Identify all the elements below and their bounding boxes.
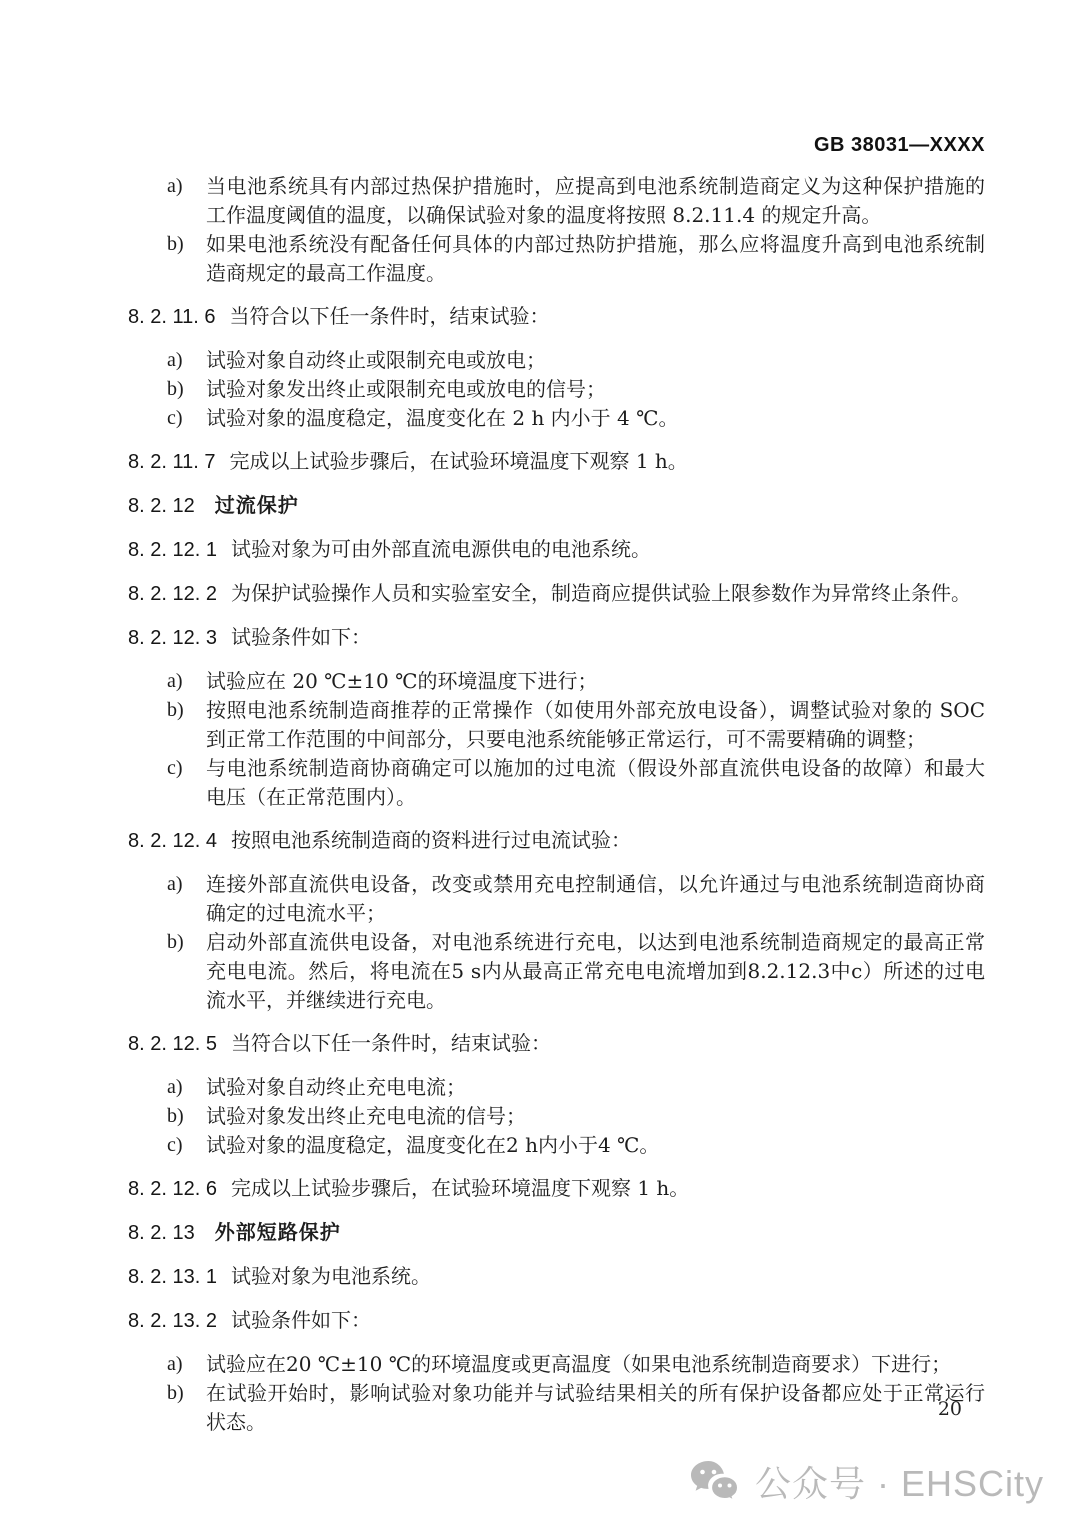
list-item: b)在试验开始时，影响试验对象功能并与试验结果相关的所有保护设备都应处于正常运行… bbox=[128, 1379, 985, 1437]
list-item-text: 试验对象发出终止或限制充电或放电的信号； bbox=[206, 377, 606, 401]
clause-number: 8. 2. 11. 7 bbox=[128, 451, 215, 473]
list-item-text: 当电池系统具有内部过热保护措施时，应提高到电池系统制造商定义为这种保护措施的工作… bbox=[206, 174, 985, 227]
clause-text: 当符合以下任一条件时，结束试验： bbox=[231, 1031, 551, 1055]
list-item: a)连接外部直流供电设备，改变或禁用充电控制通信，以允许通过与电池系统制造商协商… bbox=[128, 870, 985, 928]
list-item: b)试验对象发出终止或限制充电或放电的信号； bbox=[128, 375, 985, 404]
clause-list: a)试验应在20 ℃±10 ℃的环境温度或更高温度（如果电池系统制造商要求）下进… bbox=[128, 1350, 985, 1437]
list-item: a)试验应在20 ℃±10 ℃的环境温度或更高温度（如果电池系统制造商要求）下进… bbox=[128, 1350, 985, 1379]
clause-text: 当符合以下任一条件时，结束试验： bbox=[229, 304, 549, 328]
clause-8-2-11-7: 8. 2. 11. 7完成以上试验步骤后，在试验环境温度下观察 1 h。 bbox=[128, 447, 985, 477]
list-item-text: 启动外部直流供电设备，对电池系统进行充电，以达到电池系统制造商规定的最高正常充电… bbox=[206, 930, 985, 1012]
clause-number: 8. 2. 12. 3 bbox=[128, 627, 217, 649]
clause-list: a)试验对象自动终止充电电流； b)试验对象发出终止充电电流的信号； c)试验对… bbox=[128, 1073, 985, 1160]
clause-8-2-12-4: 8. 2. 12. 4按照电池系统制造商的资料进行过电流试验： bbox=[128, 826, 985, 856]
clause-8-2-12-2: 8. 2. 12. 2为保护试验操作人员和实验室安全，制造商应提供试验上限参数作… bbox=[128, 579, 985, 609]
clause-text: 试验对象为可由外部直流电源供电的电池系统。 bbox=[231, 537, 651, 561]
clause-text: 完成以上试验步骤后，在试验环境温度下观察 1 h。 bbox=[231, 1176, 689, 1200]
list-item: a)试验对象自动终止充电电流； bbox=[128, 1073, 985, 1102]
clause-list: a)连接外部直流供电设备，改变或禁用充电控制通信，以允许通过与电池系统制造商协商… bbox=[128, 870, 985, 1015]
list-item-text: 试验应在20 ℃±10 ℃的环境温度或更高温度（如果电池系统制造商要求）下进行； bbox=[206, 1352, 951, 1376]
list-item: a)试验应在 20 ℃±10 ℃的环境温度下进行； bbox=[128, 667, 985, 696]
list-marker: b) bbox=[167, 696, 184, 725]
list-marker: a) bbox=[167, 1073, 183, 1102]
list-item: b)如果电池系统没有配备任何具体的内部过热防护措施，那么应将温度升高到电池系统制… bbox=[128, 230, 985, 288]
clause-list: a)试验应在 20 ℃±10 ℃的环境温度下进行； b)按照电池系统制造商推荐的… bbox=[128, 667, 985, 812]
clause-number: 8. 2. 12. 6 bbox=[128, 1178, 217, 1200]
clause-text: 试验条件如下： bbox=[231, 1308, 371, 1332]
list-marker: b) bbox=[167, 230, 184, 259]
list-item: a)试验对象自动终止或限制充电或放电； bbox=[128, 346, 985, 375]
clause-text: 试验条件如下： bbox=[231, 625, 371, 649]
clause-number: 8. 2. 13 bbox=[128, 1222, 195, 1244]
list-item: c)试验对象的温度稳定，温度变化在2 h内小于4 ℃。 bbox=[128, 1131, 985, 1160]
list-item-text: 试验对象的温度稳定，温度变化在 2 h 内小于 4 ℃。 bbox=[206, 406, 679, 430]
document-content: a)当电池系统具有内部过热保护措施时，应提高到电池系统制造商定义为这种保护措施的… bbox=[128, 160, 985, 1437]
clause-number: 8. 2. 12. 5 bbox=[128, 1033, 217, 1055]
list-marker: a) bbox=[167, 172, 183, 201]
clause-number: 8. 2. 12. 1 bbox=[128, 539, 217, 561]
clause-text: 为保护试验操作人员和实验室安全，制造商应提供试验上限参数作为异常终止条件。 bbox=[231, 581, 971, 605]
list-marker: c) bbox=[167, 1131, 183, 1160]
watermark-text: 公众号 · EHSCity bbox=[755, 1456, 1044, 1507]
list-item-text: 与电池系统制造商协商确定可以施加的过电流（假设外部直流供电设备的故障）和最大电压… bbox=[206, 756, 985, 809]
list-item: b)按照电池系统制造商推荐的正常操作（如使用外部充放电设备），调整试验对象的 S… bbox=[128, 696, 985, 754]
clause-8-2-12-6: 8. 2. 12. 6完成以上试验步骤后，在试验环境温度下观察 1 h。 bbox=[128, 1174, 985, 1204]
clause-text: 试验对象为电池系统。 bbox=[231, 1264, 431, 1288]
clause-list: a)试验对象自动终止或限制充电或放电； b)试验对象发出终止或限制充电或放电的信… bbox=[128, 346, 985, 433]
clause-text: 按照电池系统制造商的资料进行过电流试验： bbox=[231, 828, 631, 852]
list-item-text: 按照电池系统制造商推荐的正常操作（如使用外部充放电设备），调整试验对象的 SOC… bbox=[206, 698, 985, 751]
list-item-text: 试验对象自动终止或限制充电或放电； bbox=[206, 348, 546, 372]
clause-8-2-12-5: 8. 2. 12. 5当符合以下任一条件时，结束试验： bbox=[128, 1029, 985, 1059]
list-marker: a) bbox=[167, 1350, 183, 1379]
clause-number: 8. 2. 12. 2 bbox=[128, 583, 217, 605]
list-marker: b) bbox=[167, 375, 184, 404]
list-item-text: 如果电池系统没有配备任何具体的内部过热防护措施，那么应将温度升高到电池系统制造商… bbox=[206, 232, 985, 285]
section-heading-8-2-12: 8. 2. 12过流保护 bbox=[128, 491, 985, 521]
list-item-text: 在试验开始时，影响试验对象功能并与试验结果相关的所有保护设备都应处于正常运行状态… bbox=[206, 1381, 985, 1434]
list-item-text: 试验应在 20 ℃±10 ℃的环境温度下进行； bbox=[206, 669, 597, 693]
clause-number: 8. 2. 13. 2 bbox=[128, 1310, 217, 1332]
document-page: GB 38031—XXXX a)当电池系统具有内部过热保护措施时，应提高到电池系… bbox=[0, 0, 1080, 1527]
header-doc-code: GB 38031—XXXX bbox=[814, 134, 985, 157]
list-item-text: 试验对象发出终止充电电流的信号； bbox=[206, 1104, 526, 1128]
list-item-text: 试验对象自动终止充电电流； bbox=[206, 1075, 466, 1099]
clause-8-2-12-3: 8. 2. 12. 3试验条件如下： bbox=[128, 623, 985, 653]
list-marker: a) bbox=[167, 870, 183, 899]
list-item: c)试验对象的温度稳定，温度变化在 2 h 内小于 4 ℃。 bbox=[128, 404, 985, 433]
clause-8-2-13-2: 8. 2. 13. 2试验条件如下： bbox=[128, 1306, 985, 1336]
list-marker: c) bbox=[167, 404, 183, 433]
clause-text: 完成以上试验步骤后，在试验环境温度下观察 1 h。 bbox=[229, 449, 687, 473]
section-heading-text: 过流保护 bbox=[215, 495, 299, 517]
list-marker: b) bbox=[167, 928, 184, 957]
list-marker: b) bbox=[167, 1102, 184, 1131]
section-heading-8-2-13: 8. 2. 13外部短路保护 bbox=[128, 1218, 985, 1248]
intro-list: a)当电池系统具有内部过热保护措施时，应提高到电池系统制造商定义为这种保护措施的… bbox=[128, 172, 985, 288]
list-item: b)启动外部直流供电设备，对电池系统进行充电，以达到电池系统制造商规定的最高正常… bbox=[128, 928, 985, 1015]
list-marker: a) bbox=[167, 667, 183, 696]
list-item: a)当电池系统具有内部过热保护措施时，应提高到电池系统制造商定义为这种保护措施的… bbox=[128, 172, 985, 230]
clause-number: 8. 2. 12 bbox=[128, 495, 195, 517]
section-heading-text: 外部短路保护 bbox=[215, 1222, 341, 1244]
list-marker: b) bbox=[167, 1379, 184, 1408]
list-item: b)试验对象发出终止充电电流的信号； bbox=[128, 1102, 985, 1131]
watermark: 公众号 · EHSCity bbox=[690, 1456, 1044, 1507]
clause-number: 8. 2. 11. 6 bbox=[128, 306, 215, 328]
clause-8-2-13-1: 8. 2. 13. 1试验对象为电池系统。 bbox=[128, 1262, 985, 1292]
list-marker: c) bbox=[167, 754, 183, 783]
list-item-text: 连接外部直流供电设备，改变或禁用充电控制通信，以允许通过与电池系统制造商协商确定… bbox=[206, 872, 985, 925]
wechat-icon bbox=[690, 1460, 740, 1504]
clause-8-2-12-1: 8. 2. 12. 1试验对象为可由外部直流电源供电的电池系统。 bbox=[128, 535, 985, 565]
clause-number: 8. 2. 12. 4 bbox=[128, 830, 217, 852]
page-number: 20 bbox=[938, 1398, 962, 1420]
clause-number: 8. 2. 13. 1 bbox=[128, 1266, 217, 1288]
list-item-text: 试验对象的温度稳定，温度变化在2 h内小于4 ℃。 bbox=[206, 1133, 659, 1157]
list-marker: a) bbox=[167, 346, 183, 375]
list-item: c)与电池系统制造商协商确定可以施加的过电流（假设外部直流供电设备的故障）和最大… bbox=[128, 754, 985, 812]
clause-8-2-11-6: 8. 2. 11. 6当符合以下任一条件时，结束试验： bbox=[128, 302, 985, 332]
